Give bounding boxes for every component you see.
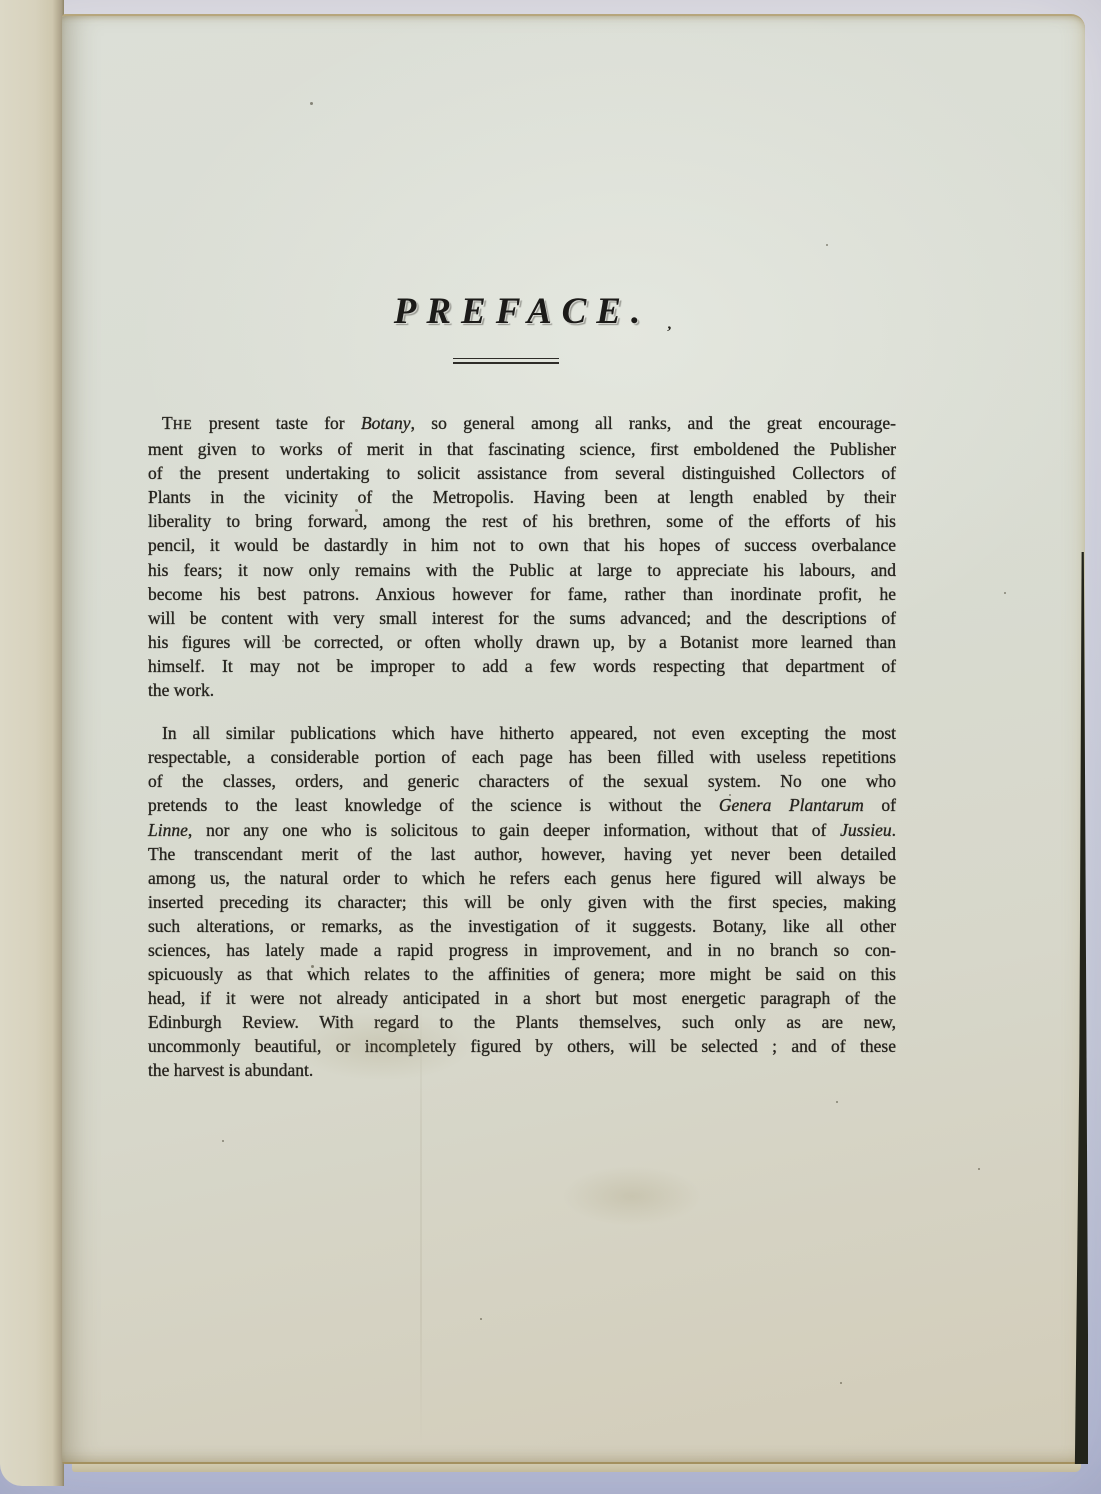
text-line: himself. It may not be improper to add a… <box>148 654 896 678</box>
paragraph: THE present taste for Botany, so general… <box>148 411 896 702</box>
text-line: The transcendant merit of the last autho… <box>148 842 896 866</box>
text-line: uncommonly beautiful, or incompletely fi… <box>148 1034 896 1058</box>
text-line: pencil, it would be dastardly in him not… <box>148 533 896 557</box>
text-line: Edinburgh Review. With regard to the Pla… <box>148 1010 896 1034</box>
text-line: among us, the natural order to which he … <box>148 866 896 890</box>
text-line: inserted preceding its character; this w… <box>148 890 896 914</box>
paper-speck <box>894 801 896 803</box>
text-line: pretends to the least knowledge of the s… <box>148 793 896 817</box>
preface-text: THE present taste for Botany, so general… <box>148 411 896 1083</box>
paper-speck <box>310 102 313 105</box>
book-photo: PREFACE. ’ THE present taste for Botany,… <box>0 0 1101 1494</box>
text-line: ment given to works of merit in that fas… <box>148 437 896 461</box>
paper-speck <box>222 1140 224 1142</box>
text-line: such alterations, or remarks, as the inv… <box>148 914 896 938</box>
text-line: of the classes, orders, and generic char… <box>148 769 896 793</box>
book-page: PREFACE. ’ THE present taste for Botany,… <box>62 14 1085 1464</box>
text-line: spicuously as that which relates to the … <box>148 962 896 986</box>
text-line: THE present taste for Botany, so general… <box>148 411 896 437</box>
text-line: liberality to bring forward, among the r… <box>148 509 896 533</box>
paper-speck <box>355 509 358 512</box>
text-line: Linne, nor any one who is solicitous to … <box>148 818 896 842</box>
paper-speck <box>978 1168 980 1170</box>
text-line: his fears; it now only remains with the … <box>148 558 896 582</box>
paper-speck <box>1004 592 1006 594</box>
paper-speck <box>836 1101 838 1103</box>
paper-speck <box>311 965 314 968</box>
text-line: become his best patrons. Anxious however… <box>148 582 896 606</box>
text-line: sciences, has lately made a rapid progre… <box>148 938 896 962</box>
text-line: of the present undertaking to solicit as… <box>148 461 896 485</box>
text-line: his figures will be corrected, or often … <box>148 630 896 654</box>
gutter-leaf <box>0 0 64 1486</box>
page-title: PREFACE. <box>394 293 650 330</box>
paper-speck <box>826 244 828 246</box>
text-line: In all similar publications which have h… <box>148 721 896 745</box>
text-line: the work. <box>148 678 896 702</box>
paper-speck <box>480 1318 482 1320</box>
title-rule <box>453 358 559 364</box>
paper-stain <box>292 1011 472 1081</box>
page-edges-stack <box>72 1463 1081 1472</box>
text-line: head, if it were not already anticipated… <box>148 986 896 1010</box>
paper-speck <box>840 1382 842 1384</box>
text-line: respectable, a considerable portion of e… <box>148 745 896 769</box>
text-line: the harvest is abundant. <box>148 1058 896 1082</box>
paper-speck <box>729 794 731 796</box>
page-content: PREFACE. ’ THE present taste for Botany,… <box>62 16 1085 1462</box>
paper-speck <box>698 428 700 430</box>
paper-stain <box>562 1166 702 1226</box>
text-line: will be content with very small interest… <box>148 606 896 630</box>
ink-mark: ’ <box>665 324 672 343</box>
paragraph: In all similar publications which have h… <box>148 721 896 1082</box>
paper-speck <box>282 640 284 642</box>
page-title-row: PREFACE. <box>148 293 896 330</box>
text-line: Plants in the vicinity of the Metropolis… <box>148 485 896 509</box>
